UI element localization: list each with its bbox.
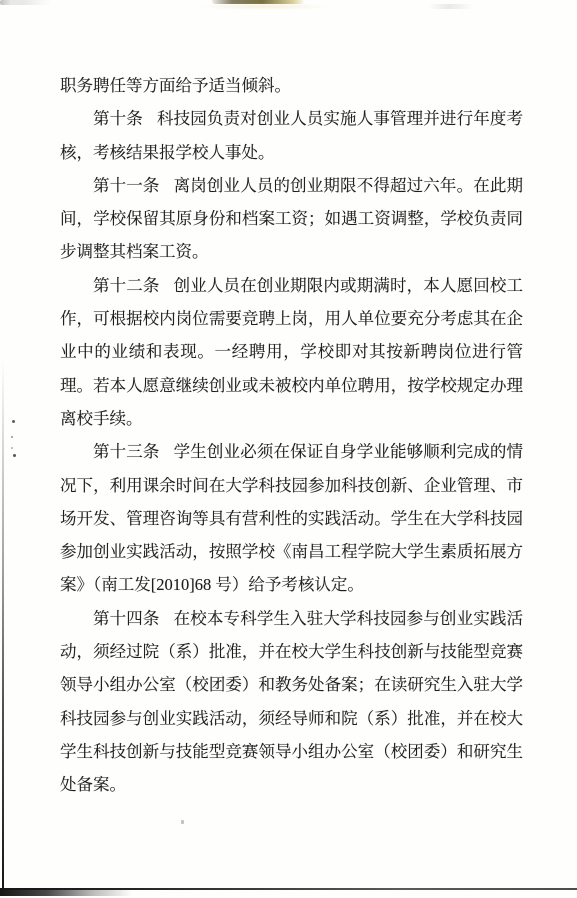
article-12: 第十二条创业人员在创业期限内或期满时，本人愿回校工作，可根据校内岗位需要竞聘上岗… [60, 269, 523, 435]
scan-artifact-bottom-left-wedge [0, 890, 132, 896]
article-number: 第十条 [93, 109, 143, 128]
article-text: 创业人员在创业期限内或期满时，本人愿回校工作，可根据校内岗位需要竞聘上岗，用人单… [60, 276, 523, 428]
scan-artifact-top-left-smudge [0, 0, 52, 5]
paragraph-intro: 职务聘任等方面给予适当倾斜。 [60, 69, 523, 102]
article-10: 第十条科技园负责对创业人员实施人事管理并进行年度考核，考核结果报学校人事处。 [60, 102, 523, 169]
scanned-page: 职务聘任等方面给予适当倾斜。 第十条科技园负责对创业人员实施人事管理并进行年度考… [0, 0, 577, 898]
article-text: 职务聘任等方面给予适当倾斜。 [60, 76, 291, 95]
article-text: 学生创业必须在保证自身学业能够顺利完成的情况下，利用课余时间在大学科技园参加科技… [60, 442, 523, 594]
article-11: 第十一条离岗创业人员的创业期限不得超过六年。在此期间，学校保留其原身份和档案工资… [60, 169, 523, 269]
scan-artifact-speckle [11, 447, 13, 449]
scan-artifact-speckle [181, 820, 184, 824]
document-body: 职务聘任等方面给予适当倾斜。 第十条科技园负责对创业人员实施人事管理并进行年度考… [60, 69, 523, 802]
scan-artifact-top-right-smudge [428, 4, 474, 9]
scan-artifact-left-edge-line [2, 360, 4, 890]
scan-artifact-top-blob [212, 0, 304, 4]
article-number: 第十三条 [93, 442, 160, 461]
article-13: 第十三条学生创业必须在保证自身学业能够顺利完成的情况下，利用课余时间在大学科技园… [60, 435, 523, 601]
article-number: 第十一条 [93, 176, 160, 195]
scan-artifact-bottom-edge-line [0, 888, 577, 890]
scan-artifact-speckle [11, 436, 13, 438]
article-text: 在校本专科学生入驻大学科技园参与创业实践活动，须经过院（系）批准，并在校大学生科… [60, 609, 523, 794]
scan-artifact-speckle [12, 420, 15, 423]
scan-artifact-speckle [13, 454, 16, 457]
article-14: 第十四条在校本专科学生入驻大学科技园参与创业实践活动，须经过院（系）批准，并在校… [60, 602, 523, 802]
scan-artifact-yellow-tint [200, 3, 330, 10]
article-number: 第十四条 [93, 609, 160, 628]
article-number: 第十二条 [93, 276, 160, 295]
